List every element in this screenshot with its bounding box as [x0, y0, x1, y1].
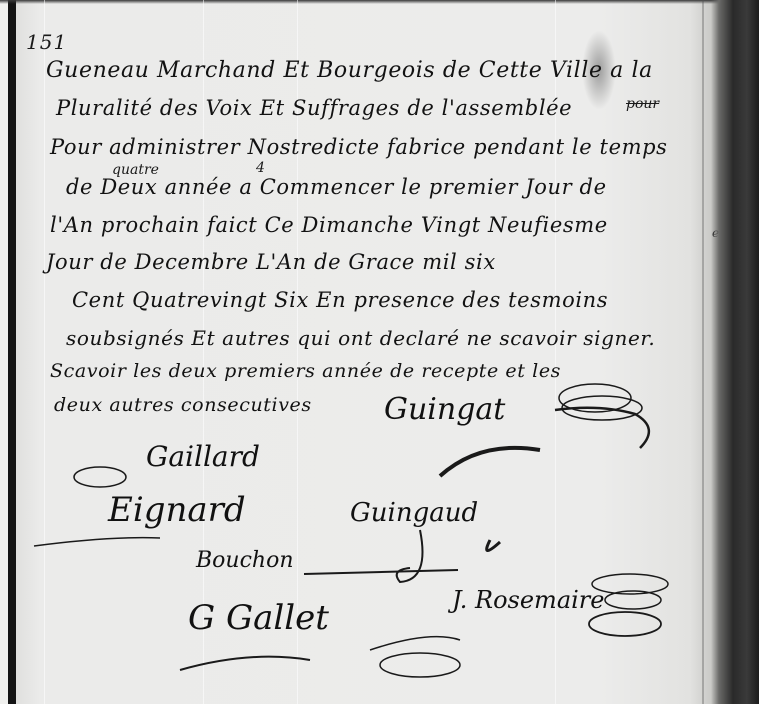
- gutter-shadow: [8, 0, 16, 704]
- signature-guingat: Guingat: [384, 392, 505, 427]
- text-line-5: l'An prochain faict Ce Dimanche Vingt Ne…: [50, 213, 608, 237]
- manuscript-page: 151 Gueneau Marchand Et Bourgeois de Cet…: [0, 0, 759, 704]
- struck-word: pour: [626, 96, 659, 112]
- text-line-6: Jour de Decembre L'An de Grace mil six: [46, 250, 496, 274]
- top-page-edge: [0, 0, 759, 4]
- paper-ruling: [44, 0, 45, 704]
- page-fore-edge: [702, 0, 704, 704]
- signature-rosemaire: J. Rosemaire: [452, 586, 604, 614]
- signature-flourish-icon: [170, 620, 510, 700]
- text-line-4: de Deux année a Commencer le premier Jou…: [66, 175, 607, 199]
- text-line-2: Pluralité des Voix Et Suffrages de l'ass…: [56, 96, 572, 120]
- book-binding-shadow: [711, 0, 759, 704]
- folio-number: 151: [26, 30, 67, 54]
- text-line-9: Scavoir les deux premiers année de recep…: [50, 360, 561, 382]
- text-line-3: Pour administrer Nostredicte fabrice pen…: [50, 135, 668, 159]
- text-line-1: Gueneau Marchand Et Bourgeois de Cette V…: [46, 58, 653, 83]
- signature-paraphe-icon: [585, 570, 675, 640]
- signature-paraphe-icon: [540, 368, 660, 458]
- text-line-7: Cent Quatrevingt Six En presence des tes…: [72, 288, 608, 312]
- inserted-mark: 4: [256, 160, 265, 176]
- signature-flourish-icon: [430, 440, 550, 480]
- text-line-10: deux autres consecutives: [54, 394, 312, 416]
- text-line-8: soubsignés Et autres qui ont declaré ne …: [66, 326, 655, 350]
- signature-underline-icon: [300, 560, 460, 590]
- signature-bouchon: Bouchon: [196, 548, 294, 573]
